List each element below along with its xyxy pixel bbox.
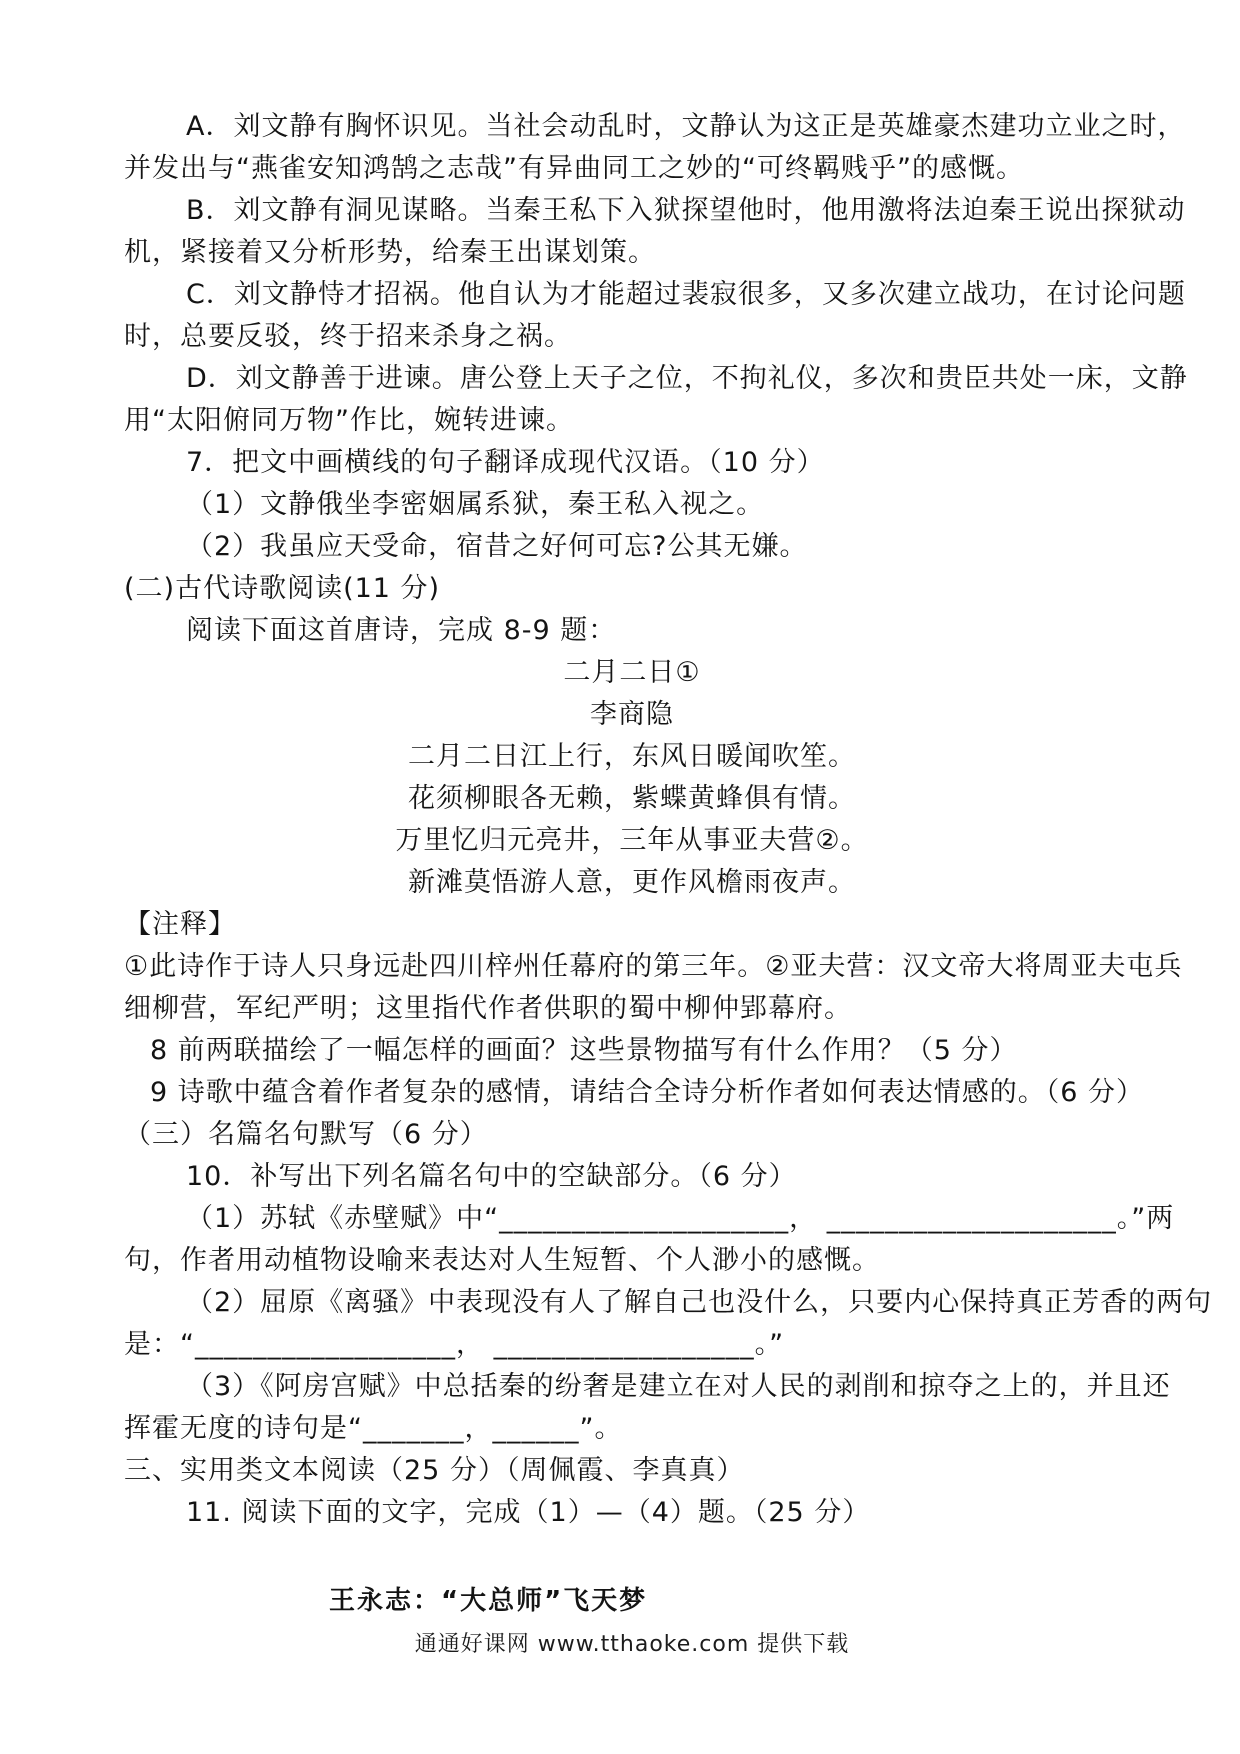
poetry-section-heading: (二)古代诗歌阅读(11 分) (124, 568, 1140, 610)
question10-item1-line1: （1）苏轼《赤壁赋》中“____________________， ______… (124, 1198, 1140, 1240)
question10-heading: 10．补写出下列名篇名句中的空缺部分。（6 分） (124, 1156, 1140, 1198)
exam-page: A．刘文静有胸怀识见。当社会动乱时，文静认为这正是英雄豪杰建功立业之时， 并发出… (0, 0, 1240, 1666)
option-b-line2: 机，紧接着又分析形势，给秦王出谋划策。 (124, 232, 1140, 274)
question9: 9 诗歌中蕴含着作者复杂的感情，请结合全诗分析作者如何表达情感的。（6 分） (124, 1072, 1140, 1114)
option-c-line1: C．刘文静恃才招祸。他自认为才能超过裴寂很多，又多次建立战功，在讨论问题 (124, 274, 1140, 316)
option-d-line1: D．刘文静善于进谏。唐公登上天子之位，不拘礼仪，多次和贵臣共处一床，文静 (124, 358, 1140, 400)
poem-title: 二月二日① (124, 652, 1140, 694)
question7-heading: 7．把文中画横线的句子翻译成现代汉语。（10 分） (124, 442, 1140, 484)
option-b-line1: B．刘文静有洞见谋略。当秦王私下入狱探望他时，他用激将法迫秦王说出探狱动 (124, 190, 1140, 232)
practical-section-heading: 三、实用类文本阅读（25 分）（周佩霞、李真真） (124, 1450, 1140, 1492)
poem-line: 万里忆归元亮井，三年从事亚夫营②。 (124, 820, 1140, 862)
question8: 8 前两联描绘了一幅怎样的画面？这些景物描写有什么作用？（5 分） (124, 1030, 1140, 1072)
option-a-line2: 并发出与“燕雀安知鸿鹄之志哉”有异曲同工之妙的“可终羁贱乎”的感慨。 (124, 148, 1140, 190)
question10-item2-line1: （2）屈原《离骚》中表现没有人了解自己也没什么，只要内心保持真正芳香的两句 (124, 1282, 1140, 1324)
poem-author: 李商隐 (124, 694, 1140, 736)
poem-line: 花须柳眼各无赖，紫蝶黄蜂俱有情。 (124, 778, 1140, 820)
dictation-section-heading: （三）名篇名句默写（6 分） (124, 1114, 1140, 1156)
note-line1: ①此诗作于诗人只身远赴四川梓州任幕府的第三年。②亚夫营：汉文帝大将周亚夫屯兵 (124, 946, 1140, 988)
question7-item2: （2）我虽应天受命，宿昔之好何可忘?公其无嫌。 (124, 526, 1140, 568)
question10-item1-line2: 句，作者用动植物设喻来表达对人生短暂、个人渺小的感慨。 (124, 1240, 1140, 1282)
question10-item3-line1: （3）《阿房宫赋》中总括秦的纷奢是建立在对人民的剥削和掠夺之上的，并且还 (124, 1366, 1140, 1408)
option-a-line1: A．刘文静有胸怀识见。当社会动乱时，文静认为这正是英雄豪杰建功立业之时， (124, 106, 1140, 148)
question10-item2-line2: 是：“__________________， _________________… (124, 1324, 1140, 1366)
question7-item1: （1）文静俄坐李密姻属系狱，秦王私入视之。 (124, 484, 1140, 526)
notes-label: 【注释】 (124, 904, 1140, 946)
option-c-line2: 时，总要反驳，终于招来杀身之祸。 (124, 316, 1140, 358)
question11: 11. 阅读下面的文字，完成（1）—（4）题。（25 分） (124, 1492, 1140, 1534)
question10-item3-line2: 挥霍无度的诗句是“_______，______”。 (124, 1408, 1140, 1450)
page-footer: 通通好课网 www.tthaoke.com 提供下载 (124, 1624, 1140, 1666)
note-line2: 细柳营，军纪严明；这里指代作者供职的蜀中柳仲郢幕府。 (124, 988, 1140, 1030)
article-title: 王永志：“大总师”飞天梦 (124, 1580, 1140, 1622)
option-d-line2: 用“太阳俯同万物”作比，婉转进谏。 (124, 400, 1140, 442)
poem-line: 二月二日江上行，东风日暖闻吹笙。 (124, 736, 1140, 778)
poetry-intro: 阅读下面这首唐诗，完成 8-9 题： (124, 610, 1140, 652)
poem-line: 新滩莫悟游人意，更作风檐雨夜声。 (124, 862, 1140, 904)
